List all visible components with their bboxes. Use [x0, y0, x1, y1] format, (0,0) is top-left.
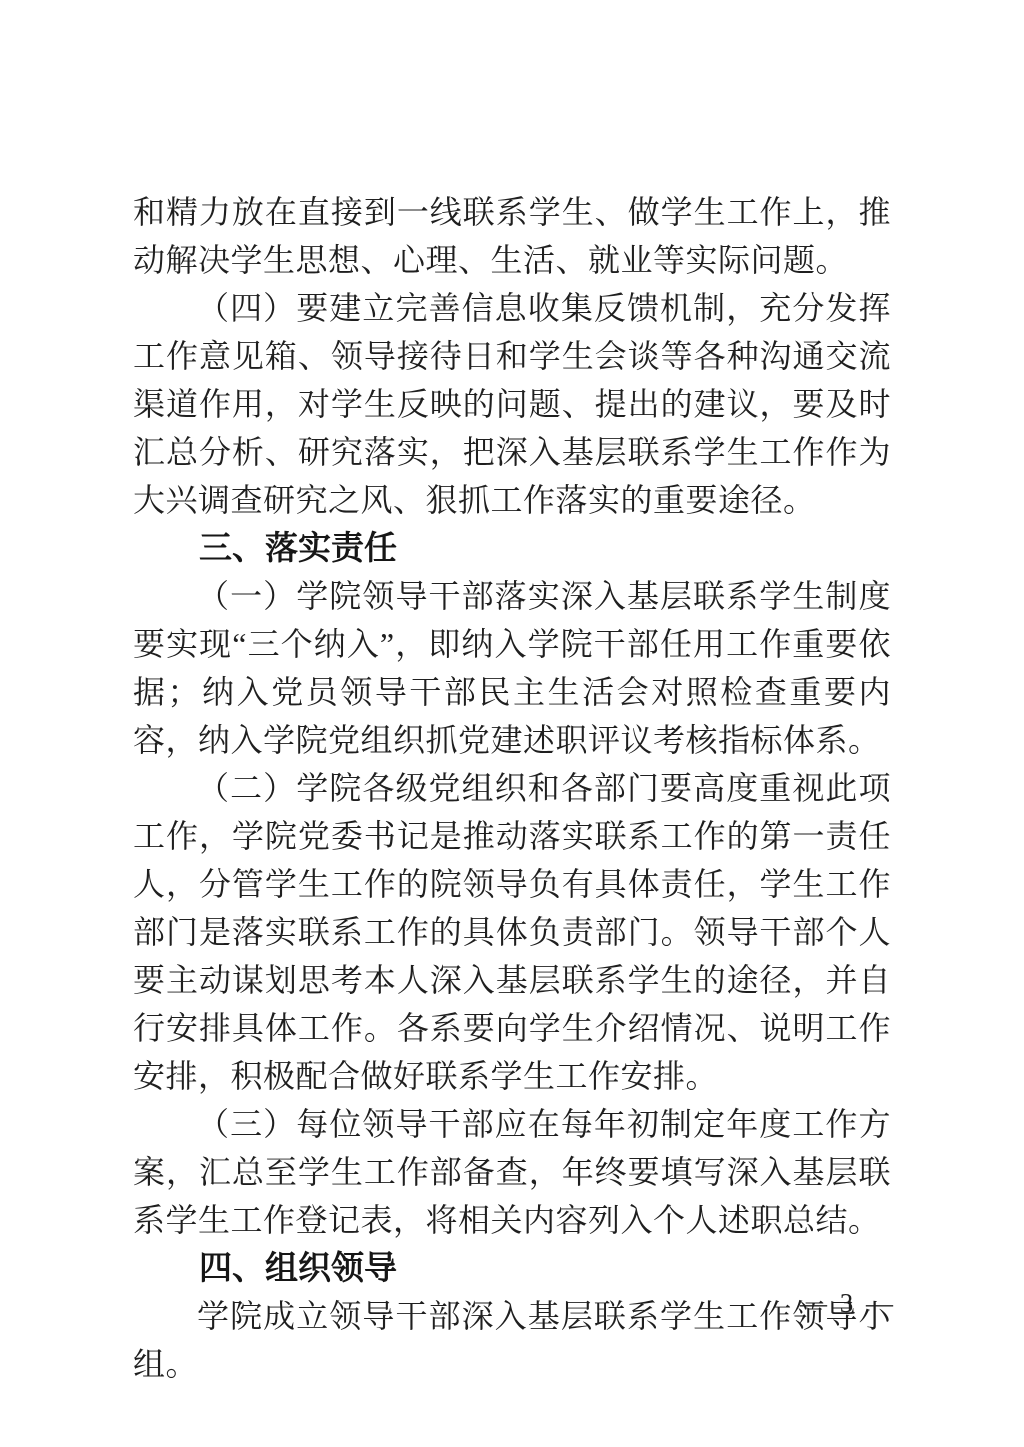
page-number: — 3 —	[800, 1287, 896, 1319]
paragraph-closing: 学院成立领导干部深入基层联系学生工作领导小组。	[133, 1292, 891, 1388]
paragraph-continuation: 和精力放在直接到一线联系学生、做学生工作上，推动解决学生思想、心理、生活、就业等…	[133, 188, 891, 284]
document-page: 和精力放在直接到一线联系学生、做学生工作上，推动解决学生思想、心理、生活、就业等…	[0, 0, 1024, 1447]
paragraph-sub-one: （一）学院领导干部落实深入基层联系学生制度要实现“三个纳入”，即纳入学院干部任用…	[133, 572, 891, 764]
document-body: 和精力放在直接到一线联系学生、做学生工作上，推动解决学生思想、心理、生活、就业等…	[133, 188, 891, 1388]
section-heading-four: 四、组织领导	[133, 1244, 891, 1292]
section-heading-three: 三、落实责任	[133, 524, 891, 572]
paragraph-item-four: （四）要建立完善信息收集反馈机制，充分发挥工作意见箱、领导接待日和学生会谈等各种…	[133, 284, 891, 524]
paragraph-sub-three: （三）每位领导干部应在每年初制定年度工作方案，汇总至学生工作部备查，年终要填写深…	[133, 1100, 891, 1244]
paragraph-sub-two: （二）学院各级党组织和各部门要高度重视此项工作，学院党委书记是推动落实联系工作的…	[133, 764, 891, 1100]
